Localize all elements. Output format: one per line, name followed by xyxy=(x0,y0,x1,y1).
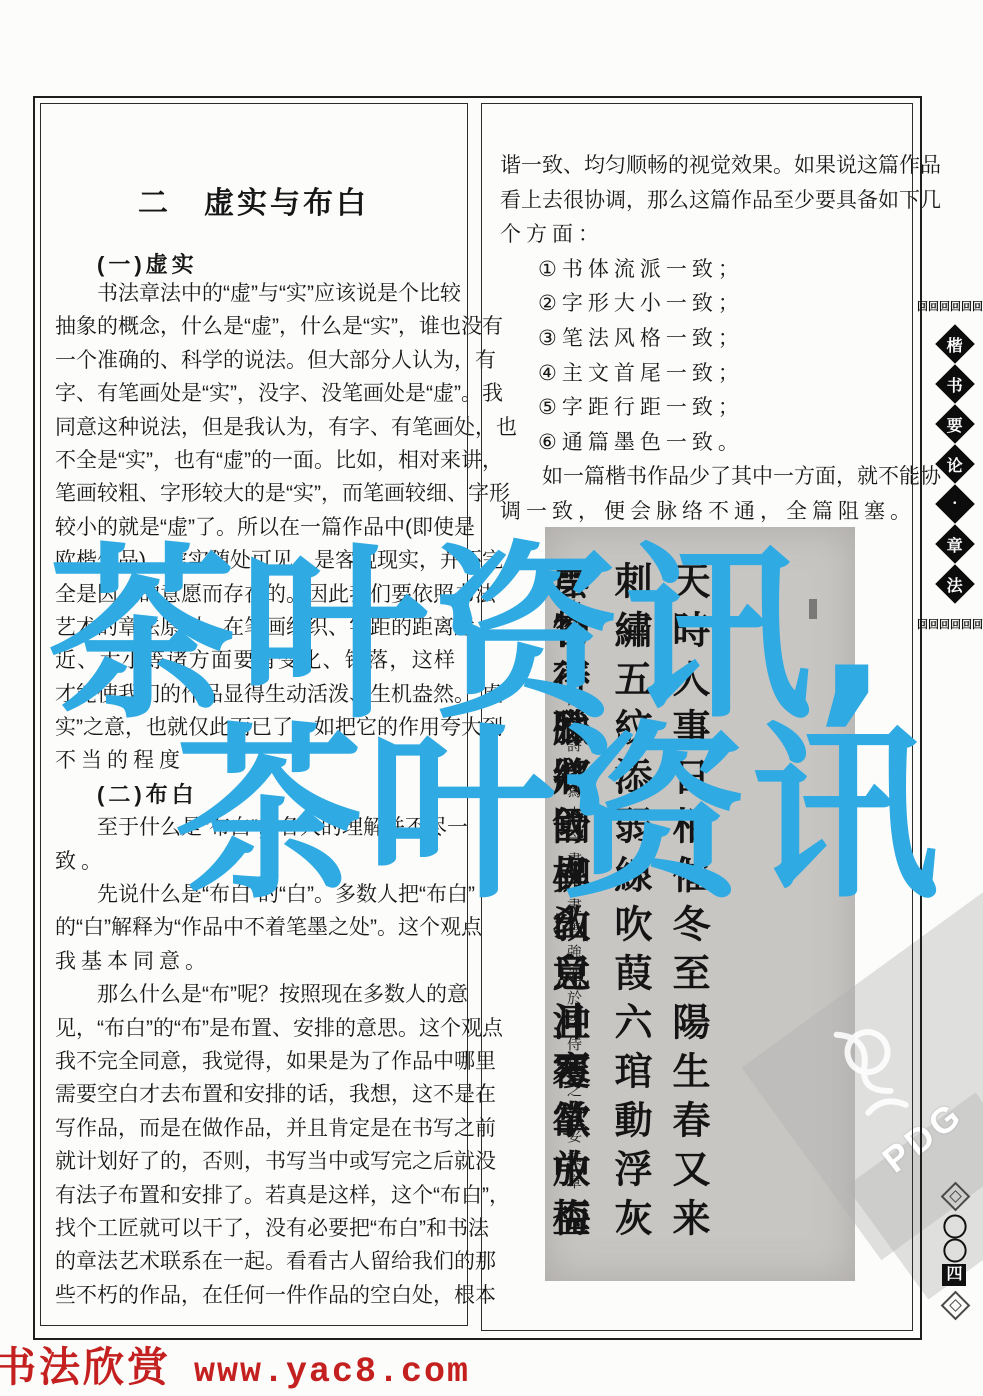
text-line: 看上去很协调，那么这篇作品至少要具备如下几 xyxy=(500,184,906,219)
text-line: 较小的就是“虚”了。所以在一篇作品中(即使是 xyxy=(55,511,455,544)
text-line: ⑥通篇墨色一致。 xyxy=(500,426,906,461)
diamond-title-char: 要 xyxy=(935,404,975,444)
text-line: 实”之意，也就仅此而已了，如把它的作用夸大到 xyxy=(55,711,455,744)
text-line: 至于什么是“布白”，各人的理解并不尽一 xyxy=(55,811,455,844)
text-line: ④主文首尾一致； xyxy=(500,357,906,392)
fret-pattern-icon: 回回回回回回 xyxy=(917,299,983,316)
text-line: 我不完全同意，我觉得，如果是为了作品中哪里 xyxy=(55,1045,455,1078)
text-line: 需要空白才去布置和安排的话，我想，这不是在 xyxy=(55,1078,455,1111)
left-column-text: 书法章法中的“虚”与“实”应该说是个比较抽象的概念，什么是“虚”，什么是“实”，… xyxy=(55,277,455,1312)
text-line: (二)布白 xyxy=(55,778,455,811)
page-number-char: 〇 xyxy=(942,1216,967,1240)
diamond-title-char: 法 xyxy=(935,564,975,604)
text-line: 一个准确的、科学的说法。但大部分人认为，有 xyxy=(55,344,455,377)
text-line: 艺术的章法原则，在笔画组织、字距的距离远 xyxy=(55,611,455,644)
booklet-title-vertical: 楷书要论·章法 xyxy=(941,330,969,598)
page-number-char: 四 xyxy=(942,1264,966,1286)
text-line: 个方面： xyxy=(500,218,906,253)
text-line: 欧楷作品)，虚实随处可见，是客观现实，并不完 xyxy=(55,544,455,577)
seal-mark-icon xyxy=(809,599,817,619)
text-line: 致。 xyxy=(55,845,455,878)
page-number-char: 〇 xyxy=(942,1240,967,1264)
diamond-title-char: 章 xyxy=(935,524,975,564)
text-line: 就计划好了的，否则，书写当中或写完之后就没 xyxy=(55,1145,455,1178)
diamond-ornament-icon xyxy=(940,1182,970,1212)
diamond-title-char: · xyxy=(935,484,975,524)
diamond-title-char: 论 xyxy=(935,444,975,484)
text-line: 如一篇楷书作品少了其中一方面，就不能协 xyxy=(500,460,906,495)
text-line: ③笔法风格一致； xyxy=(500,322,906,357)
text-line: ②字形大小一致； xyxy=(500,287,906,322)
text-line: 找个工匠就可以干了，没有必要把“布白”和书法 xyxy=(55,1212,455,1245)
section-heading-1: (一)虚实 xyxy=(97,248,198,279)
diamond-ornament-icon xyxy=(940,1291,970,1321)
text-line: 谐一致、均匀顺畅的视觉效果。如果说这篇作品 xyxy=(500,149,906,184)
text-line: 那么什么是“布”呢？按照现在多数人的意 xyxy=(55,978,455,1011)
text-line: 近、大小等诸方面要有变化、错落，这样 xyxy=(55,644,455,677)
diamond-title-char: 楷 xyxy=(935,324,975,364)
text-line: 的章法艺术联系在一起。看看古人留给我们的那 xyxy=(55,1245,455,1278)
chapter-title: 二 虚实与布白 xyxy=(40,178,467,222)
text-line: 才能使我们的作品显得生动活泼、生机盎然。“虚 xyxy=(55,678,455,711)
text-line: 全是因人的意愿而存在的。因此我们要依照书法 xyxy=(55,578,455,611)
page-number-digits: 〇〇四 xyxy=(942,1216,967,1286)
text-line: ①书体流派一致； xyxy=(500,253,906,288)
text-line: 同意这种说法，但是我认为，有字、有笔画处，也 xyxy=(55,411,455,444)
text-line: 笔画较粗、字形较大的是“实”，而笔画较细、字形 xyxy=(55,477,455,510)
calligraphy-column: 雲物不殊鄉國異敎兒且覆掌中盃 xyxy=(545,561,591,1247)
right-column-text: 谐一致、均匀顺畅的视觉效果。如果说这篇作品看上去很协调，那么这篇作品至少要具备如… xyxy=(500,149,906,530)
text-line: 些不朽的作品，在任何一件作品的空白处，根本 xyxy=(55,1279,455,1312)
diamond-title-char: 书 xyxy=(935,364,975,404)
footer-site-credit: 书法欣赏 www.yac8.com xyxy=(0,1334,470,1393)
text-line: 书法章法中的“虚”与“实”应该说是个比较 xyxy=(55,277,455,310)
footer-site-url: www.yac8.com xyxy=(171,1352,470,1392)
text-line: 见，“布白”的“布”是布置、安排的意思。这个观点 xyxy=(55,1012,455,1045)
text-line: 先说什么是“布白”的“白”。多数人把“布白” xyxy=(55,878,455,911)
text-line: 不全是“实”，也有“虚”的一面。比如，相对来讲， xyxy=(55,444,455,477)
calligraphy-column: 刺繡五紋添弱線吹葭六琯動浮灰 xyxy=(607,561,653,1247)
calligraphy-column: 天時人事日相催冬至陽生春又来 xyxy=(665,561,711,1247)
text-line: 抽象的概念，什么是“虚”，什么是“实”，谁也没有 xyxy=(55,310,455,343)
text-line: 的“白”解释为“作品中不着笔墨之处”。这个观点 xyxy=(55,911,455,944)
fret-pattern-icon: 回回回回回回 xyxy=(917,617,983,634)
page-number: 〇〇四 xyxy=(938,1186,972,1316)
text-line: 调一致，便会脉络不通，全篇阻塞。 xyxy=(500,495,906,530)
text-line: 字、有笔画处是“实”，没字、没笔画处是“虚”。我 xyxy=(55,377,455,410)
footer-site-name: 书法欣赏 xyxy=(0,1344,171,1390)
calligraphy-plate-image: 白居易曾評杜詩 寫古今畫工畫善強遇於李侍說之非妥其章 天時人事日相催冬至陽生春又… xyxy=(545,527,855,1281)
text-line: 我基本同意。 xyxy=(55,945,455,978)
text-line: 有法子布置和安排了。若真是这样，这个“布白”， xyxy=(55,1179,455,1212)
text-line: 写作品，而是在做作品，并且肯定是在书写之前 xyxy=(55,1112,455,1145)
text-line: 不当的程度 xyxy=(55,744,455,777)
text-line: ⑤字距行距一致； xyxy=(500,391,906,426)
